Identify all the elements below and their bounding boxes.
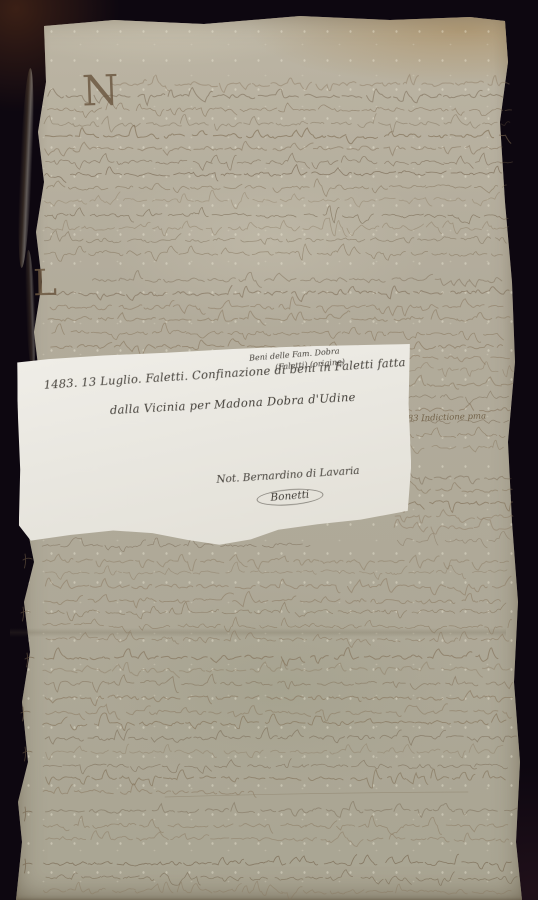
illuminated-initial-n: N [81, 69, 119, 112]
label-title-line1: 1483. 13 Luglio. Faletti. Confinazione d… [43, 355, 406, 392]
parchment-fold-crease [16, 68, 37, 268]
signature-flourish: Bonetti [256, 487, 324, 508]
photograph-stage: N L 1483 Indictione pma Beni delle Fam. … [0, 0, 538, 900]
illuminated-initial-l: L [33, 266, 58, 302]
script-line [23, 554, 32, 568]
label-title-line2: dalla Vicinia per Madona Dobra d'Udine [110, 390, 357, 417]
notary-attribution: Not. Bernardino di Lavaria [216, 465, 360, 486]
